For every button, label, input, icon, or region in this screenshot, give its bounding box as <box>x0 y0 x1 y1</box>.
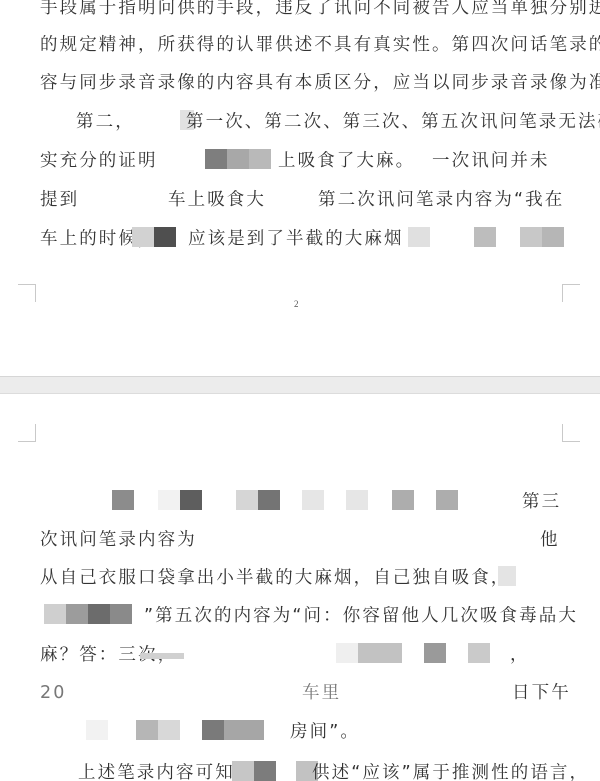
text-fragment: 应该是到了半截的大麻烟 <box>188 227 404 251</box>
redaction-block <box>346 490 368 510</box>
redaction-block <box>158 490 180 510</box>
text-fragment: 提到 <box>40 188 79 212</box>
margin-corner-mark <box>562 284 580 302</box>
text-fragment: 第二， <box>76 110 135 134</box>
text-fragment: 他 <box>540 528 560 552</box>
text-fragment: 从自己衣服口袋拿出小半截的大麻烟，自己独自吸食， <box>40 566 510 590</box>
redaction-block <box>202 720 224 740</box>
text-fragment: 实充分的证明 <box>40 149 158 173</box>
redaction-block <box>249 149 271 169</box>
redaction-block <box>336 643 358 663</box>
redaction-block <box>180 490 202 510</box>
paragraph-line: 提到 车上吸食大 第二次讯问笔录内容为“我在 <box>40 188 560 212</box>
redaction-block <box>258 490 280 510</box>
text-fragment: 车里 <box>302 681 341 705</box>
redaction-block <box>254 761 276 781</box>
margin-corner-mark <box>18 424 36 442</box>
redaction-block <box>227 149 249 169</box>
text-line: 容与同步录音录像的内容具有本质区分，应当以同步录音录像为准。 <box>40 71 560 95</box>
page-number: 2 <box>294 299 299 309</box>
text-fragment: 上述笔录内容可知 <box>78 761 235 781</box>
redaction-block <box>205 149 227 169</box>
paragraph-line: 第二， 第一次、第二次、第三次、第五次讯问笔录无法确 <box>40 110 560 134</box>
redaction-block <box>392 490 414 510</box>
redaction-block <box>110 604 132 624</box>
redaction-block <box>468 643 490 663</box>
text-fragment: ”第五次的内容为“问：你容留他人几次吸食毒品大 <box>144 604 578 628</box>
text-fragment: 次讯问笔录内容为 <box>40 528 197 552</box>
redaction-block <box>158 720 180 740</box>
redaction-block <box>436 490 458 510</box>
paragraph-line: 麻？答：三次， ， <box>40 643 560 667</box>
document-page-3: 第三 次讯问笔录内容为 他 从自己衣服口袋拿出小半截的大麻烟，自己独自吸食， ”… <box>0 394 600 781</box>
redaction-block <box>154 227 176 247</box>
text-fragment: 供述“应该”属于推测性的语言， <box>312 761 589 781</box>
redaction-block <box>86 720 108 740</box>
redaction-block <box>520 227 542 247</box>
text-fragment: 第一次、第二次、第三次、第五次讯问笔录无法确 <box>186 110 600 134</box>
paragraph-line: 实充分的证明 上吸食了大麻。 一次讯问并未 <box>40 149 560 173</box>
text-fragment: 房间”。 <box>290 720 360 744</box>
redaction-block <box>44 604 66 624</box>
redaction-block <box>424 643 446 663</box>
text-fragment: ， <box>510 643 530 667</box>
redaction-block <box>408 227 430 247</box>
redaction-block <box>140 653 184 659</box>
text-fragment: 第二次讯问笔录内容为“我在 <box>318 188 564 212</box>
text-fragment: 上吸食了大麻。 <box>278 149 415 173</box>
redaction-block <box>132 227 154 247</box>
paragraph-line: 20 车里 日下午 <box>40 681 560 705</box>
text-fragment: 20 <box>40 681 66 705</box>
margin-corner-mark <box>562 424 580 442</box>
redaction-block <box>112 490 134 510</box>
redaction-block <box>66 604 88 624</box>
paragraph-line: 车上的时候， 应该是到了半截的大麻烟 <box>40 227 560 251</box>
paragraph-line: 房间”。 <box>40 720 560 744</box>
page-separator <box>0 376 600 394</box>
redaction-block <box>232 761 254 781</box>
redaction-block <box>236 490 258 510</box>
paragraph-line: 次讯问笔录内容为 他 <box>40 528 560 552</box>
paragraph-line: ”第五次的内容为“问：你容留他人几次吸食毒品大 <box>40 604 560 628</box>
redaction-block <box>88 604 110 624</box>
paragraph-line: 从自己衣服口袋拿出小半截的大麻烟，自己独自吸食， <box>40 566 560 590</box>
paragraph-line: 上述笔录内容可知 供述“应该”属于推测性的语言， <box>40 761 560 781</box>
text-line: 手段属于指明问供的手段，违反了讯问不同被告人应当单独分别进行 <box>40 0 560 20</box>
redaction-block <box>358 643 402 663</box>
text-fragment: 第三 <box>522 490 561 514</box>
redaction-block <box>302 490 324 510</box>
redaction-block <box>542 227 564 247</box>
redaction-block <box>224 720 264 740</box>
redaction-block <box>136 720 158 740</box>
text-fragment: 车上吸食大 <box>168 188 266 212</box>
redaction-block <box>474 227 496 247</box>
text-fragment: 日下午 <box>512 681 571 705</box>
redaction-block <box>498 566 516 586</box>
text-fragment: 一次讯问并未 <box>432 149 550 173</box>
paragraph-line: 第三 <box>40 490 560 514</box>
margin-corner-mark <box>18 284 36 302</box>
text-line: 的规定精神，所获得的认罪供述不具有真实性。第四次问话笔录的内 <box>40 33 560 57</box>
document-page-2: 手段属于指明问供的手段，违反了讯问不同被告人应当单独分别进行 的规定精神，所获得… <box>0 0 600 376</box>
